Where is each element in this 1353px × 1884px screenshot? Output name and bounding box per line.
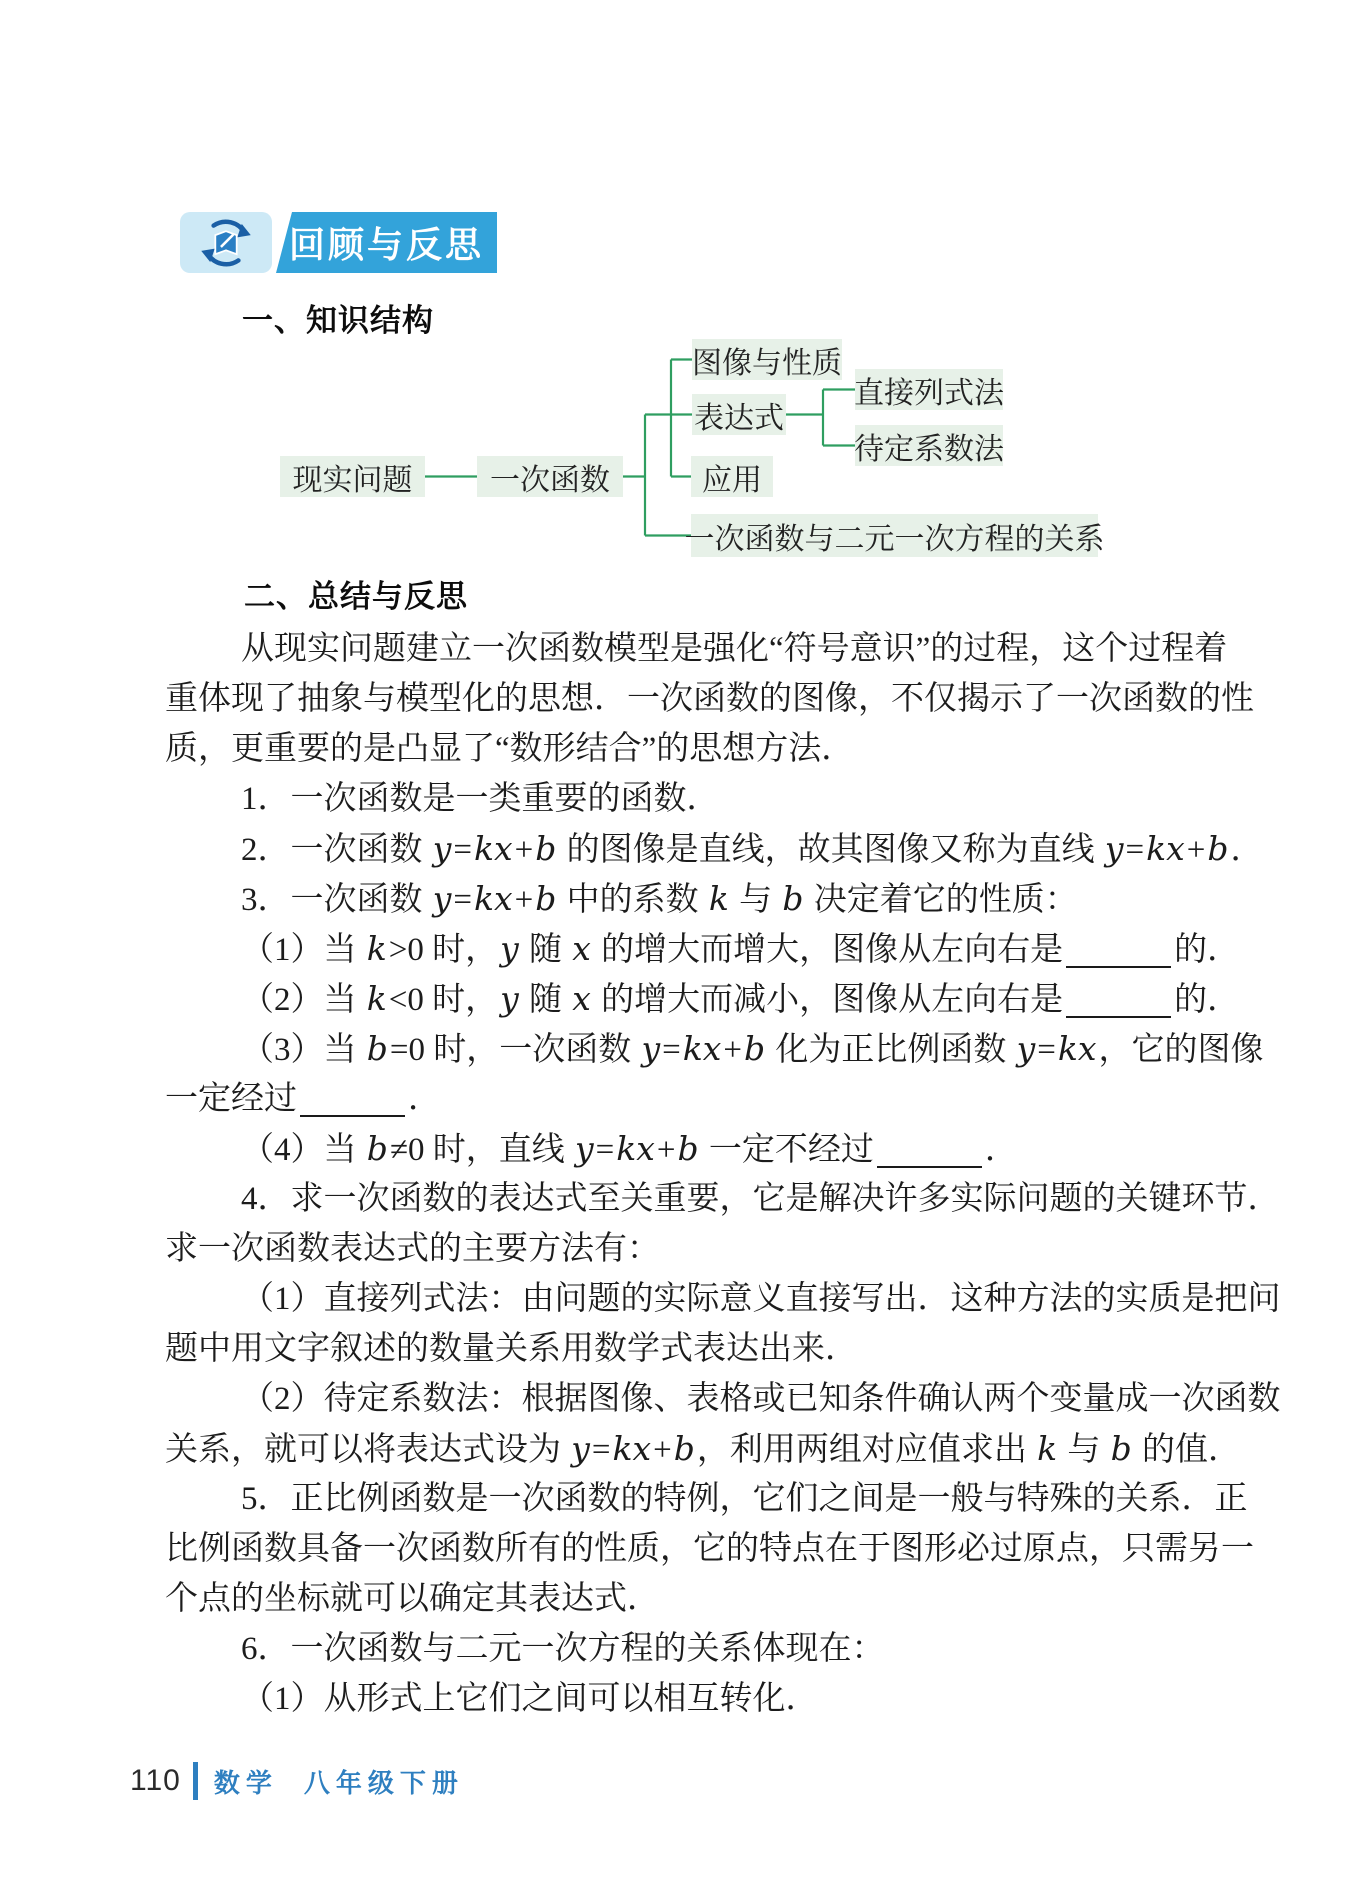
fill-in-blank — [300, 1081, 405, 1117]
page-number: 110 — [130, 1764, 181, 1798]
node-undetermined-coefficients: 待定系数法 — [855, 425, 1003, 466]
text-line: （1）直接列式法：由问题的实际意义直接写出．这种方法的实质是把问 — [165, 1274, 1230, 1324]
footer-subject: 数学 — [214, 1763, 278, 1800]
node-expression: 表达式 — [692, 394, 786, 435]
fill-in-blank — [1066, 932, 1171, 968]
node-linear-function: 一次函数 — [477, 456, 623, 497]
text-line: （2）当 k<0 时，y 随 x 的增大而减小，图像从左向右是的． — [165, 974, 1230, 1024]
text-line: （4）当 b≠0 时，直线 y=kx+b 一定不经过． — [165, 1124, 1230, 1174]
text-line: 关系，就可以将表达式设为 y=kx+b，利用两组对应值求出 k 与 b 的值． — [165, 1424, 1230, 1474]
math-expression: b — [672, 1429, 697, 1468]
text-line: 4．求一次函数的表达式至关重要，它是解决许多实际问题的关键环节． — [165, 1174, 1230, 1224]
math-expression: kx — [611, 1429, 654, 1468]
math-expression: b — [533, 879, 558, 918]
math-expression: y — [569, 1429, 592, 1468]
math-expression: y — [431, 879, 454, 918]
math-expression: x — [570, 979, 593, 1018]
math-expression: y — [498, 979, 521, 1018]
math-expression: b — [780, 879, 805, 918]
text-line: （1）当 k>0 时，y 随 x 的增大而增大，图像从左向右是的． — [165, 924, 1230, 974]
math-expression: k — [1035, 1429, 1059, 1468]
math-expression: b — [533, 829, 558, 868]
textbook-page: { "badge": { "label": "回顾与反思", "icon": "… — [0, 0, 1353, 1884]
text-line: 求一次函数表达式的主要方法有： — [165, 1224, 1230, 1274]
math-expression: kx — [1144, 829, 1187, 868]
math-expression: kx — [1056, 1029, 1099, 1068]
math-expression: b — [742, 1029, 767, 1068]
math-expression: b — [676, 1129, 701, 1168]
text-line: （3）当 b=0 时，一次函数 y=kx+b 化为正比例函数 y=kx，它的图像 — [165, 1024, 1230, 1074]
text-line: （1）从形式上它们之间可以相互转化． — [165, 1674, 1230, 1724]
math-expression: y — [1103, 829, 1126, 868]
text-line: 重体现了抽象与模型化的思想．一次函数的图像，不仅揭示了一次函数的性 — [165, 674, 1230, 724]
math-expression: b — [1205, 829, 1230, 868]
math-expression: kx — [681, 1029, 724, 1068]
footer-divider — [193, 1762, 198, 1800]
text-line: 从现实问题建立一次函数模型是强化“符号意识”的过程，这个过程着 — [165, 624, 1230, 674]
text-line: 质，更重要的是凸显了“数形结合”的思想方法． — [165, 724, 1230, 774]
text-line: 2．一次函数 y=kx+b 的图像是直线，故其图像又称为直线 y=kx+b． — [165, 824, 1230, 874]
math-expression: kx — [472, 829, 515, 868]
text-line: 个点的坐标就可以确定其表达式． — [165, 1574, 1230, 1624]
text-line: （2）待定系数法：根据图像、表格或已知条件确认两个变量成一次函数 — [165, 1374, 1230, 1424]
text-line: 比例函数具备一次函数所有的性质，它的特点在于图形必过原点，只需另一 — [165, 1524, 1230, 1574]
page-footer: 110 数学 八年级下册 — [130, 1762, 464, 1800]
math-expression: y — [1015, 1029, 1038, 1068]
math-expression: kx — [472, 879, 515, 918]
footer-volume: 八年级下册 — [304, 1763, 464, 1800]
fill-in-blank — [877, 1132, 982, 1168]
node-direct-formulation: 直接列式法 — [855, 369, 1003, 410]
node-application: 应用 — [691, 456, 773, 497]
math-expression: k — [707, 879, 731, 918]
text-line: 6．一次函数与二元一次方程的关系体现在： — [165, 1624, 1230, 1674]
node-real-world-problem: 现实问题 — [280, 456, 425, 497]
text-line: 题中用文字叙述的数量关系用数学式表达出来． — [165, 1324, 1230, 1374]
math-expression: y — [573, 1129, 596, 1168]
text-line: 3．一次函数 y=kx+b 中的系数 k 与 b 决定着它的性质： — [165, 874, 1230, 924]
math-expression: y — [640, 1029, 663, 1068]
math-expression: y — [431, 829, 454, 868]
node-relation-to-equations: 一次函数与二元一次方程的关系 — [691, 514, 1098, 557]
math-expression: b — [365, 1129, 390, 1168]
text-line: 一定经过． — [165, 1074, 1230, 1124]
math-expression: b — [1109, 1429, 1134, 1468]
math-expression: b — [365, 1029, 390, 1068]
math-expression: y — [498, 929, 521, 968]
math-expression: kx — [614, 1129, 657, 1168]
math-expression: k — [365, 979, 389, 1018]
node-graph-and-properties: 图像与性质 — [692, 339, 842, 380]
knowledge-diagram: 现实问题 一次函数 图像与性质 表达式 直接列式法 待定系数法 应用 一次函数与… — [0, 0, 1353, 600]
fill-in-blank — [1066, 982, 1171, 1018]
math-expression: x — [570, 929, 593, 968]
diagram-connectors — [0, 0, 1353, 600]
text-line: 1．一次函数是一类重要的函数． — [165, 774, 1230, 824]
text-line: 5．正比例函数是一次函数的特例，它们之间是一般与特殊的关系．正 — [165, 1474, 1230, 1524]
math-expression: k — [365, 929, 389, 968]
body-text: 从现实问题建立一次函数模型是强化“符号意识”的过程，这个过程着重体现了抽象与模型… — [165, 624, 1230, 1724]
